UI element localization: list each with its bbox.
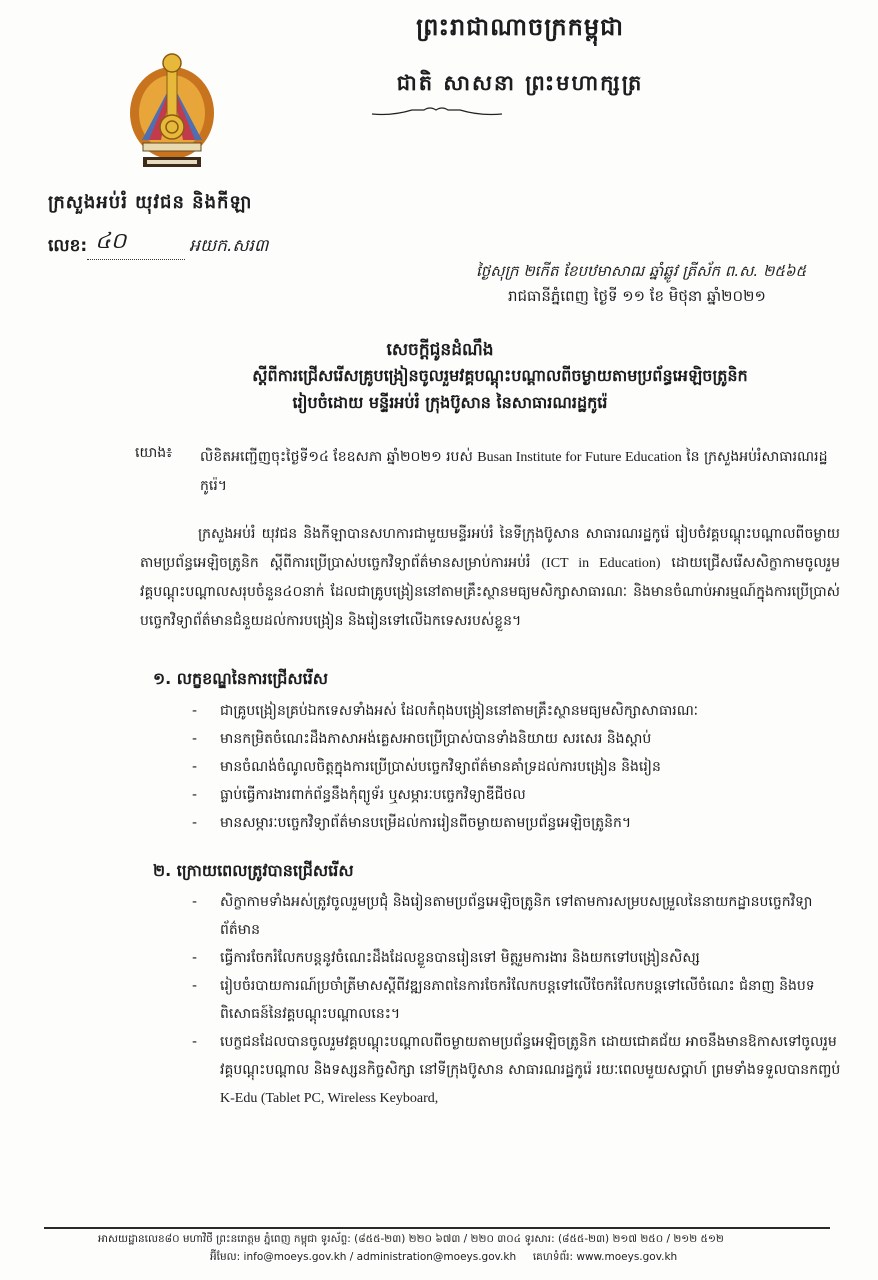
document-title-line1: ស្តីពីការជ្រើសរើសគ្រូបង្រៀនចូលរួមវគ្គបណ្… xyxy=(120,365,878,389)
reference-number: លេខ: ៤០ អយក.សរ៣ xyxy=(48,227,268,260)
body-paragraph: ក្រសួងអប់រំ យុវជន និងកីឡាបានសហការជាមួយមន… xyxy=(140,520,840,636)
list-item-text: មានចំណង់ចំណូលចិត្តក្នុងការប្រើប្រាស់បច្ច… xyxy=(220,759,661,775)
list-item-text: មានកម្រិតចំណេះដឹងភាសាអង់គ្លេសអាចប្រើប្រា… xyxy=(220,731,651,747)
ref-suffix: អយក.សរ៣ xyxy=(189,235,268,260)
bullet-dash-icon: - xyxy=(192,1028,197,1056)
footer-emails[interactable]: info@moeys.gov.kh / administration@moeys… xyxy=(244,1251,517,1263)
bullet-dash-icon: - xyxy=(192,725,197,753)
list-item-text: ជាគ្រូបង្រៀនគ្រប់ឯកទេសទាំងអស់ ដែលកំពុងបង… xyxy=(220,703,698,719)
list-item: -ជាគ្រូបង្រៀនគ្រប់ឯកទេសទាំងអស់ ដែលកំពុងប… xyxy=(192,697,832,725)
footer-divider xyxy=(44,1227,830,1229)
ministry-name: ក្រសួងអប់រំ យុវជន និងកីឡា xyxy=(48,190,252,217)
bullet-dash-icon: - xyxy=(192,697,197,725)
reference-text: លិខិតអញ្ជើញចុះថ្ងៃទី១៤ ខែឧសភា ឆ្នាំ២០២១ … xyxy=(200,443,840,500)
kingdom-heading: ព្រះរាជាណាចក្រកម្ពុជា xyxy=(300,12,740,47)
bullet-dash-icon: - xyxy=(192,809,197,837)
bullet-dash-icon: - xyxy=(192,781,197,809)
reference-institute: Busan Institute for Future Education xyxy=(477,450,682,465)
list-item: -ធ្លាប់ធ្វើការងារពាក់ព័ន្ធនឹងកុំព្យូទ័រ … xyxy=(192,781,832,809)
section2-list: -សិក្ខាកាមទាំងអស់ត្រូវចូលរួមប្រជុំ និងរៀ… xyxy=(192,888,842,1113)
footer-contacts: អ៊ីមែល: info@moeys.gov.kh / administrati… xyxy=(210,1251,710,1266)
list-item-latin: K-Edu (Tablet PC, Wireless Keyboard, xyxy=(220,1091,438,1106)
moeys-emblem-icon xyxy=(127,45,217,175)
list-item: -សិក្ខាកាមទាំងអស់ត្រូវចូលរួមប្រជុំ និងរៀ… xyxy=(192,888,842,944)
list-item-text: មានសម្ភារៈបច្ចេកវិទ្យាព័ត៌មានបម្រើដល់ការ… xyxy=(220,815,631,831)
list-item: -មានសម្ភារៈបច្ចេកវិទ្យាព័ត៌មានបម្រើដល់កា… xyxy=(192,809,832,837)
section1-heading: ១. លក្ខខណ្ឌនៃការជ្រើសរើស xyxy=(153,668,328,692)
ref-number-handwritten: ៤០ xyxy=(87,227,185,260)
bullet-dash-icon: - xyxy=(192,944,197,972)
list-item: -បេក្ខជនដែលបានចូលរួមវគ្គបណ្តុះបណ្តាលពីចម… xyxy=(192,1028,842,1113)
bullet-dash-icon: - xyxy=(192,888,197,916)
reference-label: យោង៖ xyxy=(135,443,172,464)
section1-list: -ជាគ្រូបង្រៀនគ្រប់ឯកទេសទាំងអស់ ដែលកំពុងប… xyxy=(192,697,832,837)
list-item-text: សិក្ខាកាមទាំងអស់ត្រូវចូលរួមប្រជុំ និងរៀន… xyxy=(220,894,812,938)
list-item-text: បេក្ខជនដែលបានចូលរួមវគ្គបណ្តុះបណ្តាលពីចម្… xyxy=(220,1034,840,1078)
document-type: សេចក្តីជូនដំណឹង xyxy=(180,339,700,364)
solar-date: រាជធានីភ្នំពេញ ថ្ងៃទី ១១ ខែ មិថុនា ឆ្នាំ… xyxy=(508,287,766,309)
list-item: -ធ្វើការចែករំលែកបន្តនូវចំណេះដឹងដែលខ្លួនប… xyxy=(192,944,842,972)
footer-address: អាសយដ្ឋានលេខ៨០ មហាវិថី ព្រះនរោត្តម ភ្នំព… xyxy=(98,1233,838,1248)
list-item-text: ធ្លាប់ធ្វើការងារពាក់ព័ន្ធនឹងកុំព្យូទ័រ ឬ… xyxy=(220,787,526,803)
email-label: អ៊ីមែល: xyxy=(210,1251,240,1263)
footer-website-link[interactable]: www.moeys.gov.kh xyxy=(576,1251,677,1263)
list-item: -មានចំណង់ចំណូលចិត្តក្នុងការប្រើប្រាស់បច្… xyxy=(192,753,832,781)
bullet-dash-icon: - xyxy=(192,972,197,1000)
national-motto: ជាតិ សាសនា ព្រះមហាក្សត្រ xyxy=(300,70,740,101)
document-title-line2: រៀបចំដោយ មន្ទីរអប់រំ ក្រុងប៊ូសាន នៃសាធារ… xyxy=(180,392,720,416)
ornament-divider-icon xyxy=(372,104,502,120)
list-item-text: រៀបចំរបាយការណ៍ប្រចាំត្រីមាសស្តីពីវឌ្ឍនភា… xyxy=(220,978,815,1022)
reference-text-before: លិខិតអញ្ជើញចុះថ្ងៃទី១៤ ខែឧសភា ឆ្នាំ២០២១ … xyxy=(200,449,473,465)
lunar-date: ថ្ងៃសុក្រ ២កើត ខែបឋមាសាឍ ឆ្នាំឆ្លូវ ត្រី… xyxy=(476,262,806,284)
list-item: -រៀបចំរបាយការណ៍ប្រចាំត្រីមាសស្តីពីវឌ្ឍនភ… xyxy=(192,972,842,1028)
section2-heading: ២. ក្រោយពេលត្រូវបានជ្រើសរើស xyxy=(153,860,354,884)
website-label: គេហទំព័រ: xyxy=(533,1251,573,1263)
ref-label: លេខ: xyxy=(48,235,87,260)
list-item-text: ធ្វើការចែករំលែកបន្តនូវចំណេះដឹងដែលខ្លួនបា… xyxy=(220,950,700,966)
body-latin: (ICT in Education) xyxy=(541,556,660,571)
list-item: -មានកម្រិតចំណេះដឹងភាសាអង់គ្លេសអាចប្រើប្រ… xyxy=(192,725,832,753)
bullet-dash-icon: - xyxy=(192,753,197,781)
